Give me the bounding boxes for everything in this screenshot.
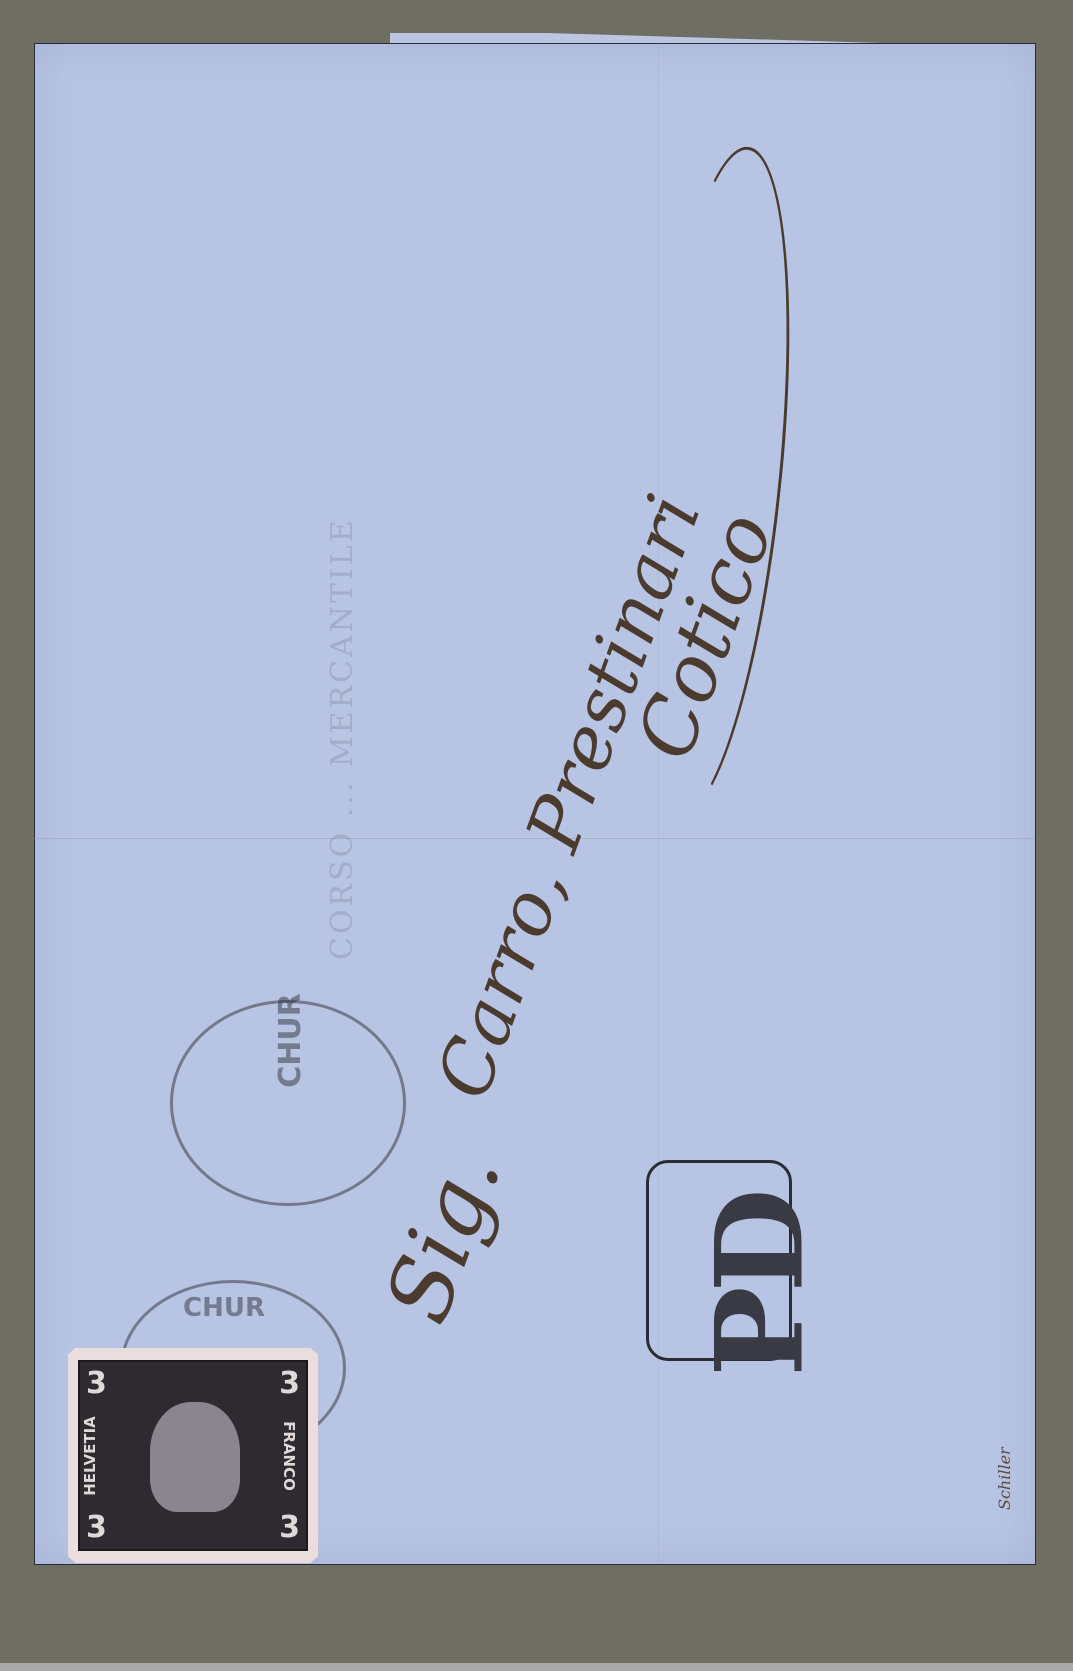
stamp-country: HELVETIA — [81, 1416, 99, 1496]
stamp-value-top-right: 3 — [279, 1366, 300, 1401]
faint-printed-text: CORSO ... MERCANTILE — [325, 400, 360, 960]
stamp-value-bottom: 3 — [86, 1510, 107, 1545]
stamp-value-bottom-right: 3 — [279, 1510, 300, 1545]
pd-handstamp: PD — [646, 1160, 792, 1361]
scanner-edge — [0, 1663, 1073, 1671]
postage-stamp: 3 3 3 3 HELVETIA FRANCO — [68, 1348, 318, 1563]
stamp-value-top: 3 — [86, 1366, 107, 1401]
expert-signature: Schiller — [995, 1447, 1014, 1510]
helvetia-figure-icon — [150, 1402, 240, 1512]
postmark: CHUR — [170, 1000, 406, 1206]
stamp-franco: FRANCO — [280, 1421, 298, 1491]
